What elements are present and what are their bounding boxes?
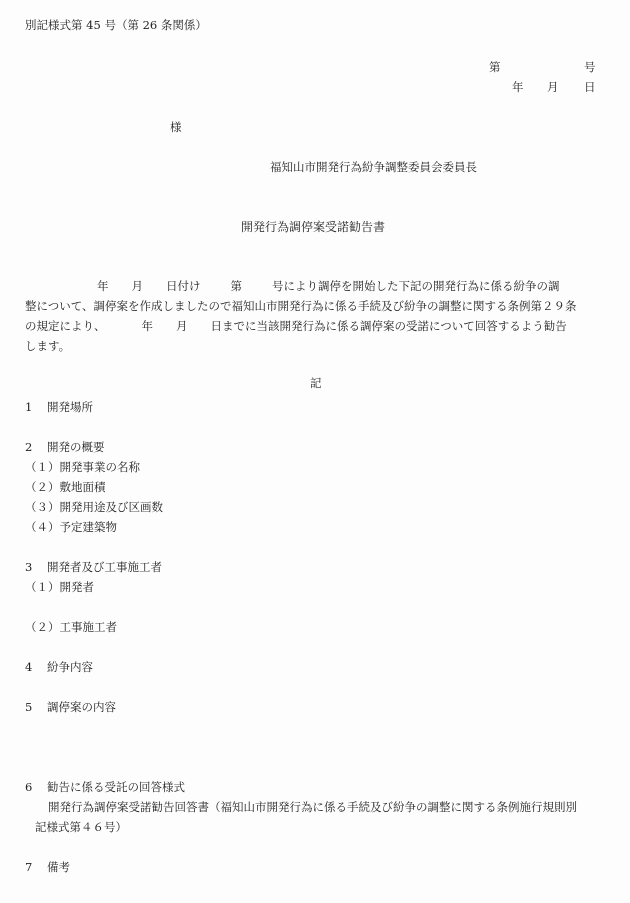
item-label: 開発の概要 [47,440,105,454]
item-number: 3 [25,560,47,574]
item-6-detail-line-2: 記様式第４６号） [35,820,127,834]
item-5: 5調停案の内容 [25,700,116,714]
subitem-2-3: （３）開発用途及び区画数 [25,500,163,514]
body-text-1: 号により調停を開始した下記の開発行為に係る紛争の調 [272,279,560,293]
document-number-suffix: 号 [584,60,596,74]
subitem-3-2: （２）工事施工者 [25,620,117,634]
item-4: 4紛争内容 [25,660,93,674]
body-deadline-year: 年 [142,319,154,333]
item-label: 勧告に係る受託の回答様式 [47,780,185,794]
body-day-suffix: 日付け [166,279,201,293]
item-number: 4 [25,660,47,674]
subitem-number: （２） [25,480,60,494]
ki-heading: 記 [310,376,322,390]
date-day-label: 日 [584,80,596,94]
body-line-1: 年月日付け第号により調停を開始した下記の開発行為に係る紛争の調 [25,276,600,296]
date-year-label: 年 [512,80,524,94]
subitem-label: 予定建築物 [60,520,118,534]
addressee-honorific: 様 [170,120,182,134]
item-number: 7 [25,860,47,874]
document-number-prefix: 第 [489,60,501,74]
sender-title: 福知山市開発行為紛争調整委員会委員長 [270,160,477,174]
subitem-label: 開発事業の名称 [60,460,141,474]
item-6: 6勧告に係る受託の回答様式 [25,780,185,794]
subitem-2-1: （１）開発事業の名称 [25,460,140,474]
subitem-number: （２） [25,620,60,634]
subitem-label: 敷地面積 [60,480,106,494]
item-1: 1開発場所 [25,400,93,414]
item-number: 6 [25,780,47,794]
item-number: 1 [25,400,47,414]
item-label: 調停案の内容 [47,700,116,714]
body-year-label: 年 [97,279,109,293]
body-deadline-month: 月 [176,319,188,333]
item-2: 2開発の概要 [25,440,105,454]
item-7: 7備考 [25,860,70,874]
body-line-3: の規定により、年月日までに当該開発行為に係る調停案の受諾について回答するよう勧告 [25,316,600,336]
subitem-2-4: （４）予定建築物 [25,520,117,534]
date-month-label: 月 [547,80,559,94]
subitem-label: 工事施工者 [60,620,118,634]
body-line-2: 整について、調停案を作成しましたので福知山市開発行為に係る手続及び紛争の調整に関… [25,296,600,316]
subitem-label: 開発者 [60,580,95,594]
body-number-prefix: 第 [231,279,243,293]
body-month-label: 月 [132,279,144,293]
subitem-number: （３） [25,500,60,514]
form-reference: 別記様式第 45 号（第 26 条関係） [25,18,207,32]
item-number: 2 [25,440,47,454]
subitem-number: （１） [25,460,60,474]
item-label: 開発者及び工事施工者 [47,560,162,574]
item-6-detail-line-1: 開発行為調停案受諾勧告回答書（福知山市開発行為に係る手続及び紛争の調整に関する条… [48,800,577,814]
subitem-label: 開発用途及び区画数 [60,500,164,514]
item-number: 5 [25,700,47,714]
subitem-number: （４） [25,520,60,534]
item-label: 備考 [47,860,70,874]
body-text-3-prefix: の規定により、 [25,319,106,333]
item-label: 紛争内容 [47,660,93,674]
subitem-3-1: （１）開発者 [25,580,94,594]
item-3: 3開発者及び工事施工者 [25,560,162,574]
body-paragraph: 年月日付け第号により調停を開始した下記の開発行為に係る紛争の調 整について、調停… [25,276,600,356]
document-title: 開発行為調停案受諾勧告書 [241,220,385,234]
body-text-3: 日までに当該開発行為に係る調停案の受諾について回答するよう勧告 [211,319,567,333]
subitem-number: （１） [25,580,60,594]
subitem-2-2: （２）敷地面積 [25,480,106,494]
item-label: 開発場所 [47,400,93,414]
body-line-4: します。 [25,336,600,356]
